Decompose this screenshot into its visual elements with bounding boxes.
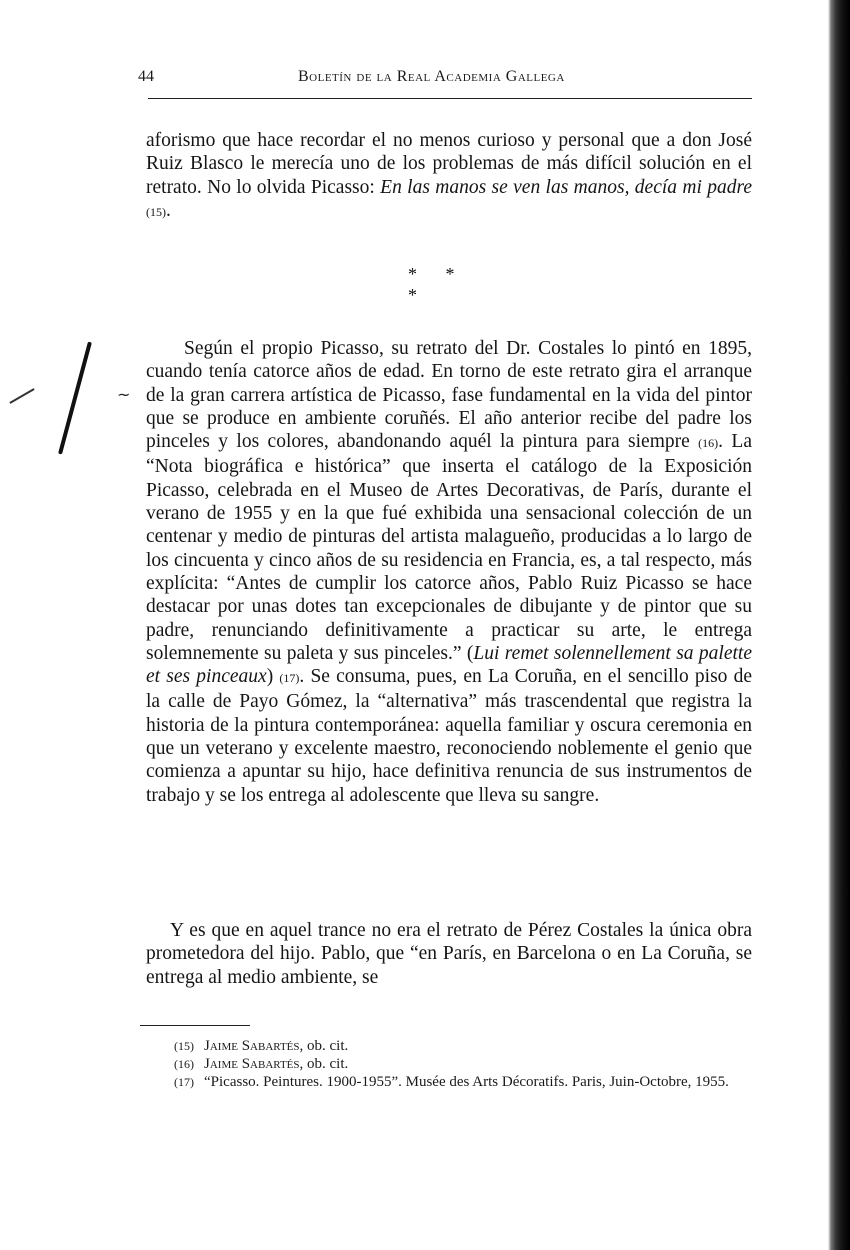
- page-number: 44: [138, 68, 154, 86]
- footnote-author: Jaime Sabartés: [204, 1038, 300, 1054]
- paragraph-2: Según el propio Picasso, su retrato del …: [146, 337, 752, 807]
- paragraph-1: aforismo que hace recordar el no menos c…: [146, 129, 752, 224]
- running-head: 44 Boletín de la Real Academia Gallega: [138, 68, 750, 90]
- footnote-rule: [140, 1025, 250, 1026]
- footnote-17: (17)“Picasso. Peintures. 1900-1955”. Mus…: [138, 1073, 750, 1091]
- margin-tilde-mark-icon: ~: [117, 385, 130, 404]
- footnote-ref-17: (17): [279, 671, 299, 685]
- scanned-page: 44 Boletín de la Real Academia Gallega a…: [0, 0, 850, 1250]
- footnote-ref-15: (15): [146, 205, 166, 219]
- section-break-asterism: * * *: [408, 264, 498, 306]
- footnote-author: Jaime Sabartés: [204, 1056, 300, 1072]
- scan-binding-edge: [828, 0, 850, 1250]
- header-rule: [148, 98, 752, 99]
- paragraph-text: ): [267, 666, 280, 687]
- footnotes: (15)Jaime Sabartés, ob. cit. (16)Jaime S…: [138, 1037, 750, 1091]
- footnote-text: , ob. cit.: [300, 1038, 349, 1054]
- paragraph-text: Según el propio Picasso, su retrato del …: [146, 338, 752, 452]
- paragraph-text: Y es que en aquel trance no era el retra…: [146, 920, 752, 988]
- quote-italic: En las manos se ven las manos, decía mi …: [380, 177, 752, 198]
- paragraph-text: .: [166, 200, 171, 221]
- footnote-number: (15): [174, 1039, 194, 1053]
- footnote-number: (16): [174, 1057, 194, 1071]
- footnote-15: (15)Jaime Sabartés, ob. cit.: [138, 1037, 750, 1055]
- margin-pencil-mark-icon: [58, 341, 92, 454]
- footnote-text: “Picasso. Peintures. 1900-1955”. Musée d…: [204, 1074, 729, 1090]
- footnote-text: , ob. cit.: [300, 1056, 349, 1072]
- footnote-16: (16)Jaime Sabartés, ob. cit.: [138, 1055, 750, 1073]
- journal-title: Boletín de la Real Academia Gallega: [298, 68, 565, 86]
- paragraph-text: . La “Nota biográfica e histórica” que i…: [146, 431, 752, 664]
- margin-pencil-tick-icon: [9, 388, 34, 404]
- paragraph-3: Y es que en aquel trance no era el retra…: [146, 919, 752, 989]
- footnote-ref-16: (16): [698, 436, 718, 450]
- footnote-number: (17): [174, 1075, 194, 1089]
